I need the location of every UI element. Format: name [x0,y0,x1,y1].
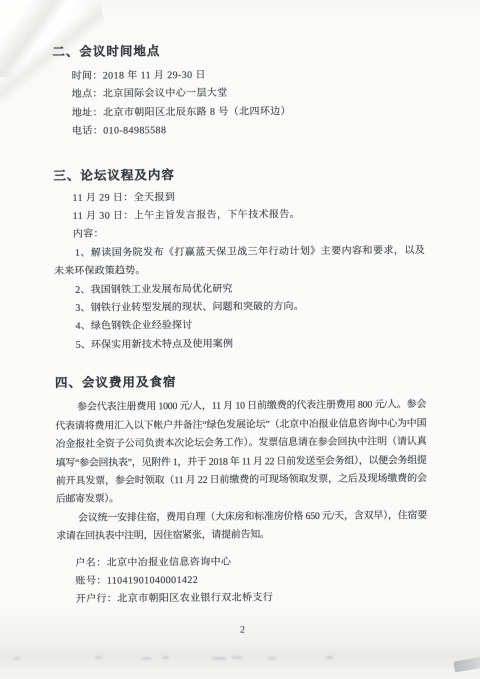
section-heading-fees: 四、会议费用及食宿 [55,372,426,391]
agenda-item: 5、环保实用新技术特点及使用案例 [55,334,426,355]
scan-noise-artifact [142,657,151,660]
fees-body: 参会代表注册费用 1000 元/人，11 月 10 日前缴费的代表注册费用 80… [55,396,428,609]
scan-noise-artifact [268,657,276,660]
fees-paragraph-registration: 参会代表注册费用 1000 元/人，11 月 10 日前缴费的代表注册费用 80… [55,396,427,509]
doc-line-phone: 电话：010-84985588 [53,120,424,141]
agenda-item: 1、解读国务院发布《打赢蓝天保卫战三年行动计划》主要内容和要求，以及未来环保政策… [54,242,425,282]
agenda-body: 11 月 29 日：全天报到 11 月 30 日：上午主旨发言报告，下午技术报告… [53,187,425,356]
doc-line-bank-branch: 开户行：北京市朝阳区农业银行双北桥支行 [57,588,428,609]
scan-noise-artifact [95,656,102,659]
scan-noise-artifact [14,657,20,660]
fees-paragraph-accommodation: 会议统一安排住宿，费用自理（大床房和标准房价格 650 元/天，含双早），住宿要… [56,507,427,547]
bank-account-block: 户名：北京中冶报业信息咨询中心 账号：11041901040001422 开户行… [56,552,427,610]
time-location-rows: 时间：2018 年 11 月 29-30 日 地点：北京国际会议中心一层大堂 地… [52,65,424,142]
scan-noise-artifact [163,656,169,659]
scanned-page: 二、会议时间地点 时间：2018 年 11 月 29-30 日 地点：北京国际会… [0,0,480,679]
section-heading-agenda: 三、论坛议程及内容 [53,165,424,184]
page-number: 2 [57,620,428,641]
section-heading-time-location: 二、会议时间地点 [52,41,423,60]
document-content: 二、会议时间地点 时间：2018 年 11 月 29-30 日 地点：北京国际会… [52,41,428,641]
scan-noise-artifact [232,656,242,659]
scan-noise-artifact [212,657,226,660]
scan-noise-artifact [326,656,333,659]
